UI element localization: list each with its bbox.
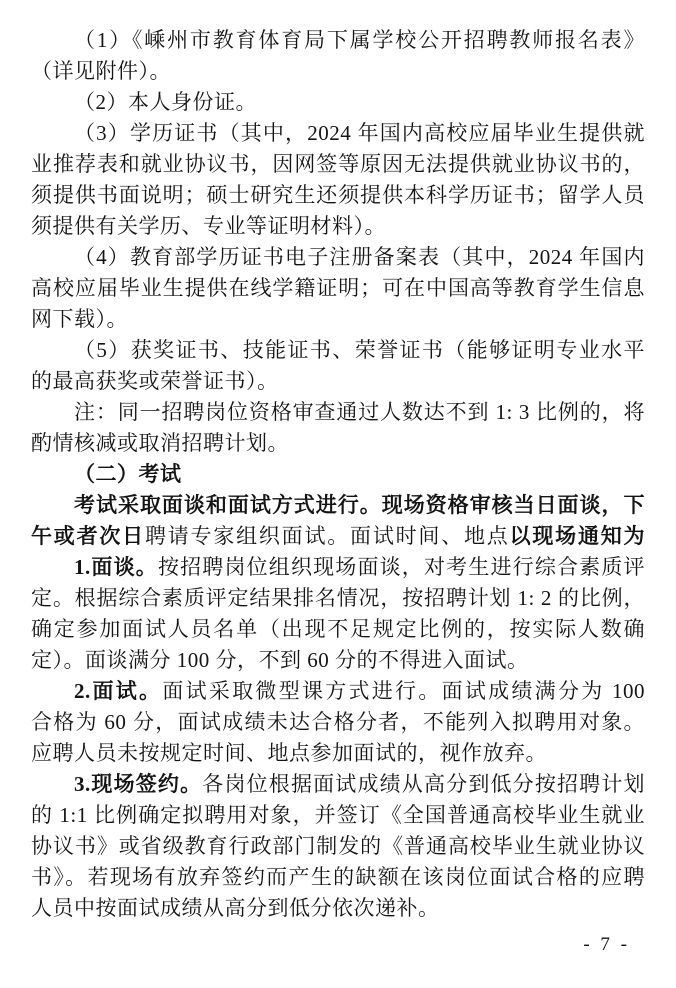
text-line: （1）《嵊州市教育体育局下属学校公开招聘教师报名表》 [31,25,645,56]
text-line: （4）教育部学历证书电子注册备案表（其中，2024 年国内 [31,242,645,273]
text-line: （详见附件）。 [31,56,645,87]
text-line: 确定参加面试人员名单（出现不足规定比例的，按实际人数确 [31,614,645,645]
text-line: （5）获奖证书、技能证书、荣誉证书（能够证明专业水平 [31,335,645,366]
text-line: 午或者次日聘请专家组织面试。面试时间、地点以现场通知为准。 [31,521,645,552]
text-segment: 的最高获奖或荣誉证书）。 [31,369,279,393]
text-line: （二）考试 [31,459,645,490]
document-page: （1）《嵊州市教育体育局下属学校公开招聘教师报名表》（详见附件）。（2）本人身份… [0,0,676,988]
text-segment: 高校应届毕业生提供在线学籍证明；可在中国高等教育学生信息 [31,276,645,300]
text-segment: 定。根据综合素质评定结果排名情况，按招聘计划 1: 2 的比例， [31,586,645,610]
text-segment: 人员中按面试成绩从高分到低分依次递补。 [31,896,440,920]
text-segment: 合格为 60 分，面试成绩未达合格分者，不能列入拟聘用对象。 [31,710,645,734]
text-line: 定）。面谈满分 100 分，不到 60 分的不得进入面试。 [31,645,645,676]
text-line: 应聘人员未按规定时间、地点参加面试的，视作放弃。 [31,738,645,769]
text-line: 酌情核减或取消招聘计划。 [31,428,645,459]
text-segment: 午或者次日 [31,524,145,548]
text-line: 2.面试。面试采取微型课方式进行。面试成绩满分为 100 分， [31,676,645,707]
text-line: 业推荐表和就业协议书，因网签等原因无法提供就业协议书的， [31,149,645,180]
document-body: （1）《嵊州市教育体育局下属学校公开招聘教师报名表》（详见附件）。（2）本人身份… [31,25,645,924]
text-segment: （5）获奖证书、技能证书、荣誉证书（能够证明专业水平 [74,338,645,362]
text-line: 协议书》或省级教育行政部门制发的《普通高校毕业生就业协议 [31,831,645,862]
text-segment: 各岗位根据面试成绩从高分到低分按招聘计划 [202,772,645,796]
text-line: 书》。若现场有放弃签约而产生的缺额在该岗位面试合格的应聘 [31,862,645,893]
text-segment: 书》。若现场有放弃签约而产生的缺额在该岗位面试合格的应聘 [31,865,645,889]
text-segment: 确定参加面试人员名单（出现不足规定比例的，按实际人数确 [31,617,645,641]
text-line: （2）本人身份证。 [31,87,645,118]
text-segment: 2.面试。 [74,679,162,703]
text-segment: 聘请专家组织面试。面试时间、地点 [145,524,510,548]
text-segment: 注：同一招聘岗位资格审查通过人数达不到 1: 3 比例的，将 [74,400,645,424]
text-line: 考试采取面谈和面试方式进行。现场资格审核当日面谈，下 [31,490,645,521]
text-line: 定。根据综合素质评定结果排名情况，按招聘计划 1: 2 的比例， [31,583,645,614]
text-line: 1.面谈。按招聘岗位组织现场面谈，对考生进行综合素质评 [31,552,645,583]
text-segment: 业推荐表和就业协议书，因网签等原因无法提供就业协议书的， [31,152,645,176]
text-segment: 定）。面谈满分 100 分，不到 60 分的不得进入面试。 [31,648,529,672]
text-line: （3）学历证书（其中，2024 年国内高校应届毕业生提供就 [31,118,645,149]
text-segment: 网下载）。 [31,307,128,331]
page-number: - 7 - [583,934,630,956]
text-segment: 协议书》或省级教育行政部门制发的《普通高校毕业生就业协议 [31,834,645,858]
text-line: 须提供有关学历、专业等证明材料）。 [31,211,645,242]
text-segment: 1.面谈。 [74,555,158,579]
text-segment: 按招聘岗位组织现场面谈，对考生进行综合素质评 [158,555,645,579]
text-segment: （二）考试 [74,462,182,486]
text-segment: 应聘人员未按规定时间、地点参加面试的，视作放弃。 [31,741,547,765]
text-segment: （1）《嵊州市教育体育局下属学校公开招聘教师报名表》 [74,28,645,52]
text-line: 注：同一招聘岗位资格审查通过人数达不到 1: 3 比例的，将 [31,397,645,428]
text-line: 合格为 60 分，面试成绩未达合格分者，不能列入拟聘用对象。 [31,707,645,738]
text-segment: 的 1:1 比例确定拟聘用对象，并签订《全国普通高校毕业生就业 [31,803,645,827]
text-line: 3.现场签约。各岗位根据面试成绩从高分到低分按招聘计划 [31,769,645,800]
text-line: 须提供书面说明；硕士研究生还须提供本科学历证书；留学人员 [31,180,645,211]
text-line: 人员中按面试成绩从高分到低分依次递补。 [31,893,645,924]
text-segment: 须提供有关学历、专业等证明材料）。 [31,214,386,238]
text-segment: （3）学历证书（其中，2024 年国内高校应届毕业生提供就 [74,121,645,145]
text-segment: （详见附件）。 [31,59,171,83]
text-segment: （4）教育部学历证书电子注册备案表（其中，2024 年国内 [74,245,645,269]
text-line: 的 1:1 比例确定拟聘用对象，并签订《全国普通高校毕业生就业 [31,800,645,831]
text-line: 高校应届毕业生提供在线学籍证明；可在中国高等教育学生信息 [31,273,645,304]
text-segment: 须提供书面说明；硕士研究生还须提供本科学历证书；留学人员 [31,183,645,207]
text-segment: （2）本人身份证。 [74,90,257,114]
text-segment: 3.现场签约。 [74,772,202,796]
text-line: 网下载）。 [31,304,645,335]
text-segment: 考试采取面谈和面试方式进行。现场资格审核当日面谈，下 [74,493,645,517]
text-segment: 酌情核减或取消招聘计划。 [31,431,289,455]
text-line: 的最高获奖或荣誉证书）。 [31,366,645,397]
